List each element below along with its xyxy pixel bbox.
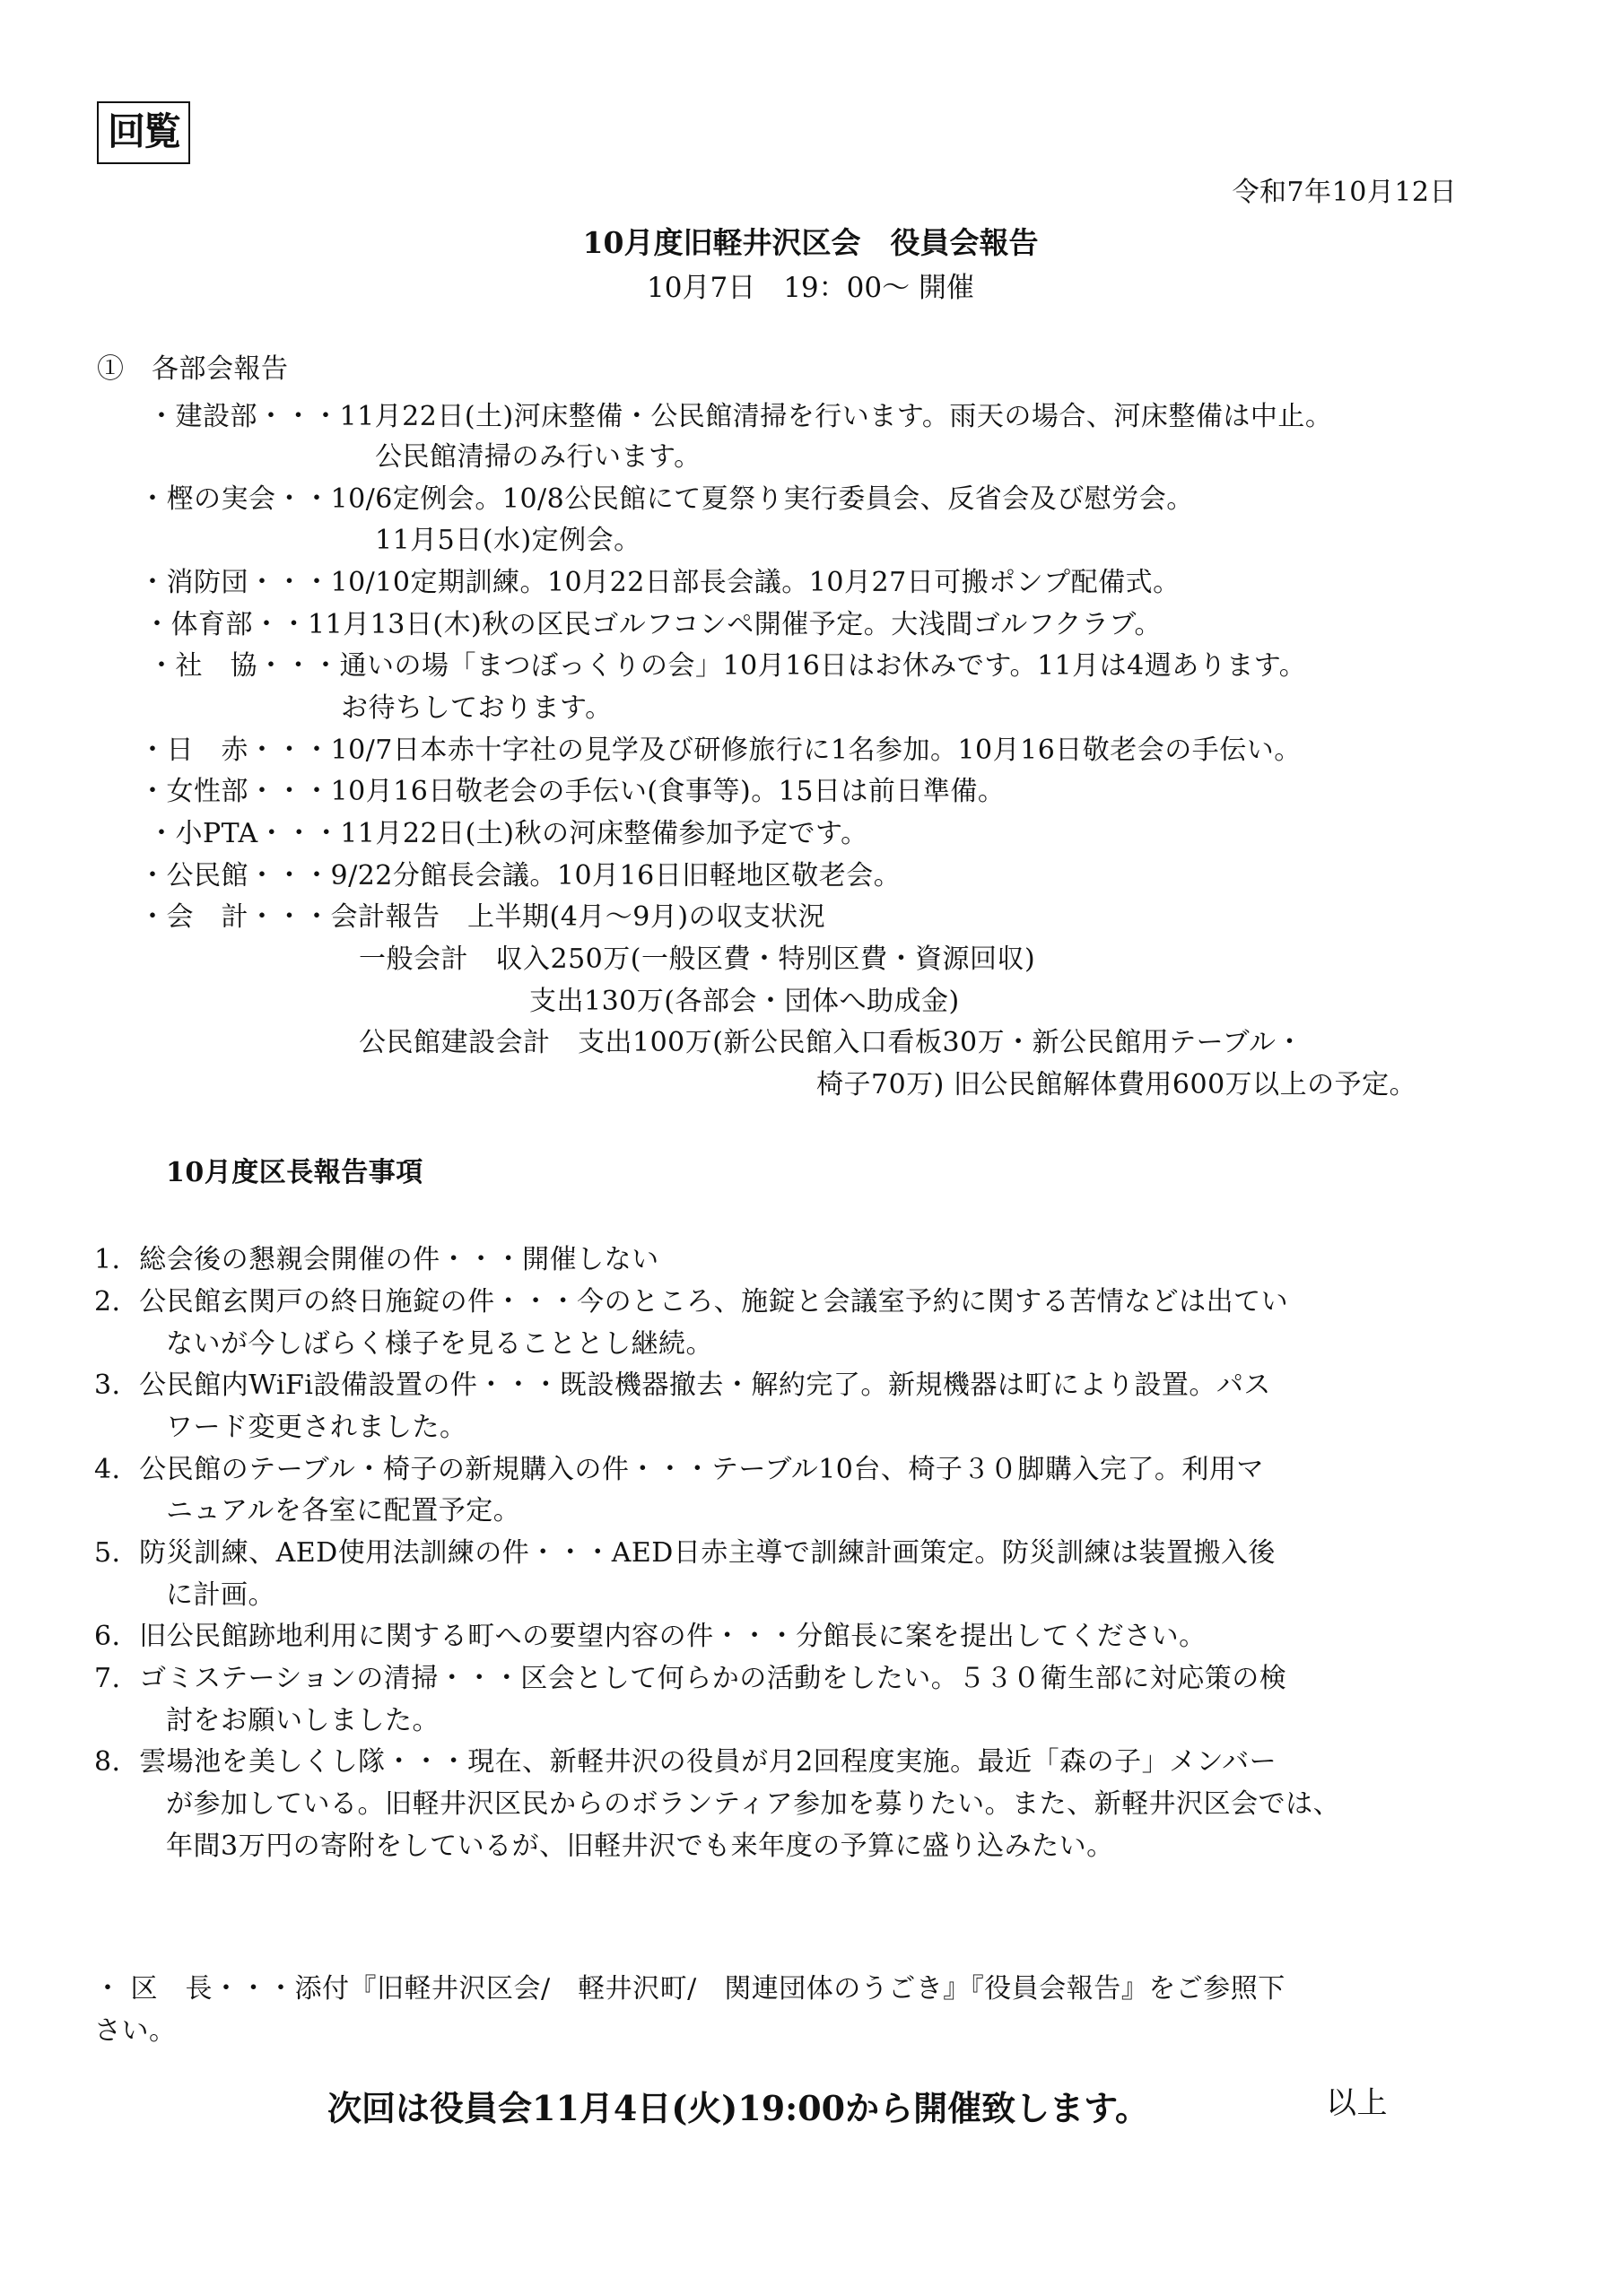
report-womens: ・女性部・・・10月16日敬老会の手伝い(食事等)。15日は前日準備。 bbox=[139, 774, 1005, 810]
chief-item-5-cont: に計画。 bbox=[166, 1578, 275, 1613]
accounting-building-cont: 椅子70万) 旧公民館解体費用600万以上の予定。 bbox=[816, 1067, 1416, 1103]
report-social-welfare-cont: お待ちしております。 bbox=[341, 691, 613, 726]
next-meeting-notice: 次回は役員会11月4日(火)19:00から開催致します。 bbox=[327, 2081, 1149, 2130]
item-text: 公民館玄関戸の終日施錠の件・・・今のところ、施錠と会議室予約に関する苦情などは出… bbox=[139, 1286, 1288, 1318]
item-number: 7． bbox=[94, 1663, 139, 1694]
meeting-time: 10月7日 19：00～ 開催 bbox=[0, 265, 1621, 305]
chief-item-7: 7．ゴミステーションの清掃・・・区会として何らかの活動をしたい。５３０衛生部に対… bbox=[94, 1661, 1286, 1697]
chief-item-3-cont: ワード変更されました。 bbox=[166, 1410, 467, 1446]
report-accounting: ・会 計・・・会計報告 上半期(4月～9月)の収支状況 bbox=[139, 900, 825, 935]
document-date: 令和7年10月12日 bbox=[1233, 175, 1457, 211]
accounting-building: 公民館建設会計 支出100万(新公民館入口看板30万・新公民館用テーブル・ bbox=[359, 1025, 1303, 1061]
chief-item-8: 8．雲場池を美しくし隊・・・現在、新軽井沢の役員が月2回程度実施。最近「森の子」… bbox=[94, 1744, 1277, 1780]
report-red-cross: ・日 赤・・・10/7日本赤十字社の見学及び研修旅行に1名参加。10月16日敬老… bbox=[139, 733, 1302, 769]
report-social-welfare: ・社 協・・・通いの場「まつぼっくりの会」10月16日はお休みです。11月は4週… bbox=[148, 648, 1306, 684]
chief-item-6: 6．旧公民館跡地利用に関する町への要望内容の件・・・分館長に案を提出してください… bbox=[94, 1619, 1207, 1655]
item-number: 2． bbox=[94, 1286, 139, 1318]
item-text: ゴミステーションの清掃・・・区会として何らかの活動をしたい。５３０衛生部に対応策… bbox=[139, 1663, 1286, 1694]
chief-item-4: 4．公民館のテーブル・椅子の新規購入の件・・・テーブル10台、椅子３０脚購入完了… bbox=[94, 1452, 1264, 1488]
item-text: 公民館のテーブル・椅子の新規購入の件・・・テーブル10台、椅子３０脚購入完了。利… bbox=[139, 1454, 1264, 1485]
report-kashinomi-cont: 11月5日(水)定例会。 bbox=[375, 523, 641, 559]
item-text: 防災訓練、AED使用法訓練の件・・・AED日赤主導で訓練計画策定。防災訓練は装置… bbox=[139, 1537, 1276, 1569]
chief-item-4-cont: ニュアルを各室に配置予定。 bbox=[166, 1493, 520, 1529]
item-text: 雲場池を美しくし隊・・・現在、新軽井沢の役員が月2回程度実施。最近「森の子」メン… bbox=[139, 1746, 1277, 1778]
closing-mark: 以上 bbox=[1326, 2085, 1388, 2121]
item-text: 総会後の懇親会開催の件・・・開催しない bbox=[139, 1244, 659, 1275]
item-text: 公民館内WiFi設備設置の件・・・既設機器撤去・解約完了。新規機器は町により設置… bbox=[139, 1370, 1271, 1401]
chief-item-5: 5．防災訓練、AED使用法訓練の件・・・AED日赤主導で訓練計画策定。防災訓練は… bbox=[94, 1535, 1276, 1571]
report-sports: ・体育部・・11月13日(木)秋の区民ゴルフコンペ開催予定。大浅間ゴルフクラブ。 bbox=[144, 607, 1162, 643]
chief-item-2: 2．公民館玄関戸の終日施錠の件・・・今のところ、施錠と会議室予約に関する苦情など… bbox=[94, 1284, 1288, 1320]
item-number: 6． bbox=[94, 1621, 139, 1652]
accounting-general-expense: 支出130万(各部会・団体へ助成金) bbox=[529, 984, 960, 1020]
document-title: 10月度旧軽井沢区会 役員会報告 bbox=[0, 220, 1621, 262]
chief-attachment-note-cont: さい。 bbox=[94, 2013, 177, 2049]
chief-item-1: 1．総会後の懇親会開催の件・・・開催しない bbox=[94, 1242, 659, 1278]
report-pta: ・小PTA・・・11月22日(土)秋の河床整備参加予定です。 bbox=[148, 816, 868, 852]
item-number: 3． bbox=[94, 1370, 139, 1401]
item-number: 8． bbox=[94, 1746, 139, 1778]
report-fire-brigade: ・消防団・・・10/10定期訓練。10月22日部長会議。10月27日可搬ポンプ配… bbox=[139, 565, 1181, 601]
circulation-stamp: 回覧 bbox=[97, 101, 190, 164]
item-number: 1． bbox=[94, 1244, 139, 1275]
item-number: 4． bbox=[94, 1454, 139, 1485]
section-heading-chief-report: 10月度区長報告事項 bbox=[166, 1155, 423, 1191]
chief-item-8-cont2: 年間3万円の寄附をしているが、旧軽井沢でも来年度の予算に盛り込みたい。 bbox=[166, 1829, 1114, 1865]
chief-item-7-cont: 討をお願いしました。 bbox=[166, 1703, 440, 1739]
accounting-general-income: 一般会計 収入250万(一般区費・特別区費・資源回収) bbox=[359, 942, 1035, 978]
report-community-center: ・公民館・・・9/22分館長会議。10月16日旧軽地区敬老会。 bbox=[139, 858, 901, 894]
chief-item-2-cont: ないが今しばらく様子を見ることとし継続。 bbox=[166, 1326, 713, 1362]
item-number: 5． bbox=[94, 1537, 139, 1569]
section-heading-department-reports: ① 各部会報告 bbox=[97, 352, 289, 387]
report-construction-cont: 公民館清掃のみ行います。 bbox=[375, 439, 702, 475]
report-construction: ・建設部・・・11月22日(土)河床整備・公民館清掃を行います。雨天の場合、河床… bbox=[148, 399, 1332, 435]
item-text: 旧公民館跡地利用に関する町への要望内容の件・・・分館長に案を提出してください。 bbox=[139, 1621, 1207, 1652]
chief-item-8-cont1: が参加している。旧軽井沢区民からのボランティア参加を募りたい。また、新軽井沢区会… bbox=[166, 1787, 1340, 1822]
report-kashinomi: ・樫の実会・・10/6定例会。10/8公民館にて夏祭り実行委員会、反省会及び慰労… bbox=[139, 482, 1194, 517]
chief-item-3: 3．公民館内WiFi設備設置の件・・・既設機器撤去・解約完了。新規機器は町により… bbox=[94, 1368, 1271, 1404]
chief-attachment-note: ・ 区 長・・・添付『旧軽井沢区会/ 軽井沢町/ 関連団体のうごき』『役員会報告… bbox=[94, 1971, 1285, 2007]
